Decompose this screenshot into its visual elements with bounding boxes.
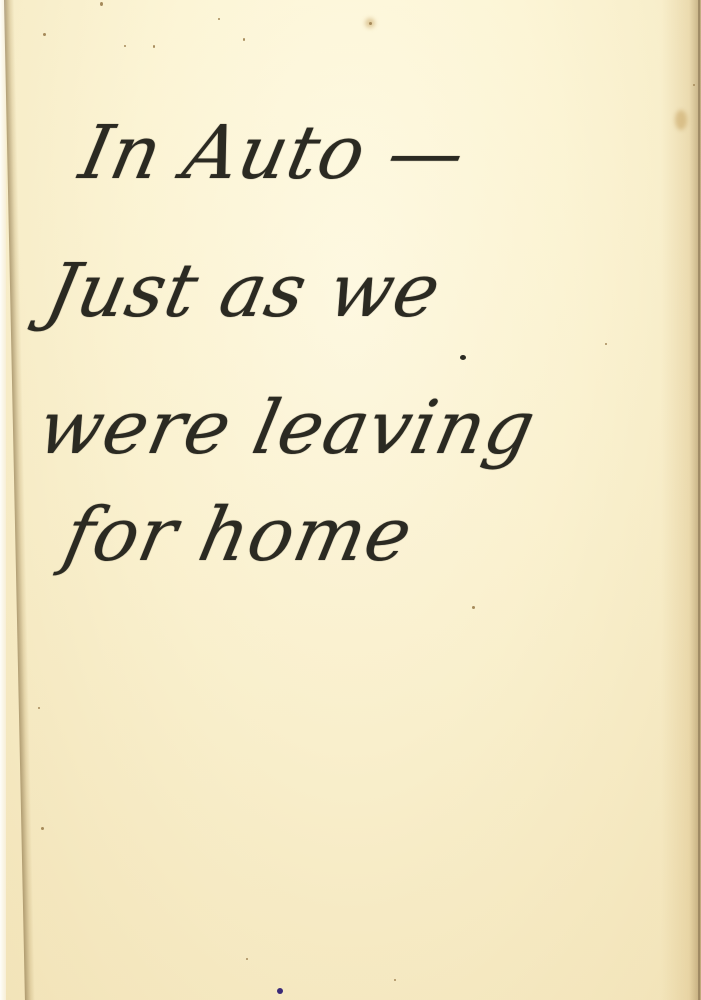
note-line-2: Just as we — [39, 248, 449, 334]
note-line-4: for home — [57, 492, 420, 578]
handwritten-note: In Auto — Just as we were leaving for ho… — [0, 0, 701, 1000]
note-line-3: were leaving — [31, 385, 543, 471]
photo-card-back: In Auto — Just as we were leaving for ho… — [0, 0, 701, 1000]
note-line-1: In Auto — — [73, 110, 474, 196]
